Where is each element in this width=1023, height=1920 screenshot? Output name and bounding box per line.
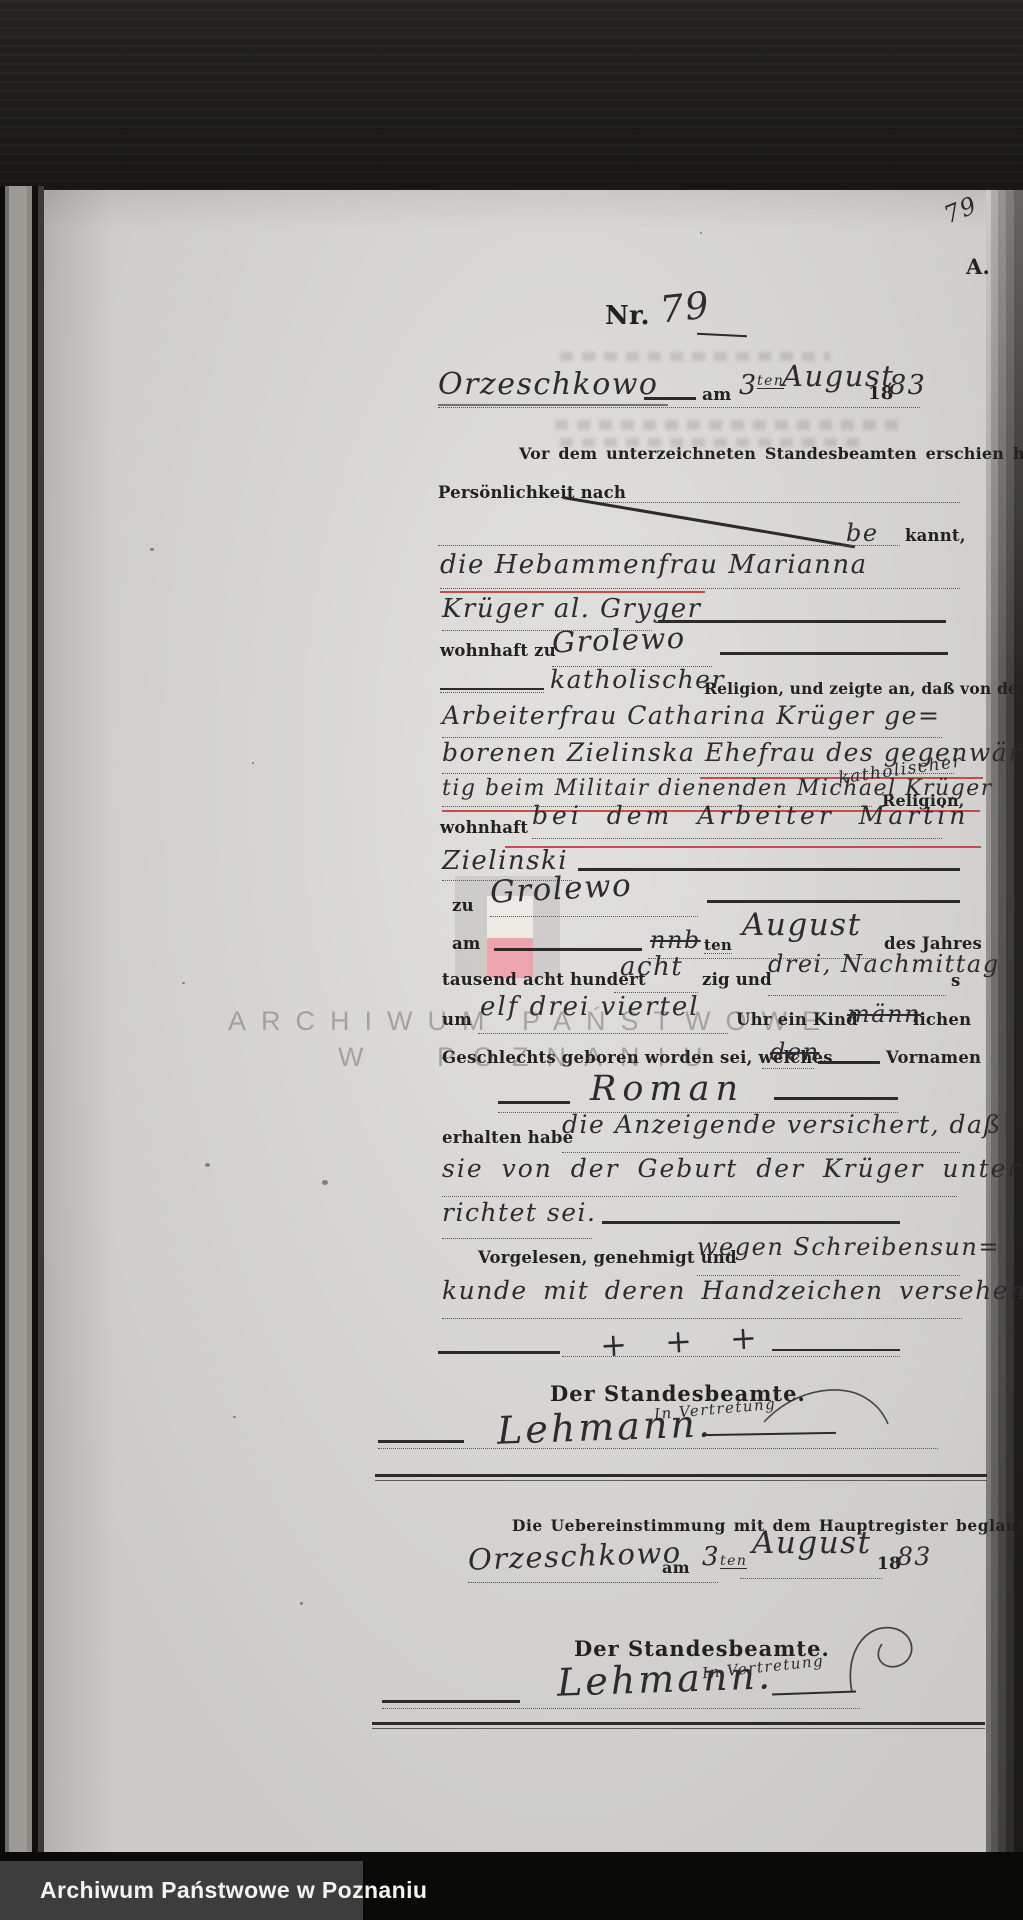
hand-be: be: [846, 521, 879, 545]
closing-line1: wegen Schreibensun=: [697, 1235, 1000, 1259]
baseline: [562, 1152, 960, 1153]
scanned-register-page: ARCHIWUM PAŃSTWOWE W POZNANIU 79 A. Nr. …: [0, 0, 1023, 1920]
birth-time: elf drei viertel: [480, 994, 700, 1020]
filler-line: [772, 1349, 900, 1351]
form-vornamen: Vornamen: [886, 1050, 981, 1067]
baseline: [768, 995, 946, 996]
mother-residence1: bei dem Arbeiter Martin: [532, 803, 969, 828]
filler-line: [818, 1061, 880, 1064]
filler-line: [658, 620, 946, 623]
baseline: [762, 1068, 814, 1069]
filler-line: [720, 652, 948, 655]
child-name: Roman: [590, 1072, 744, 1107]
certification-flourish: [838, 1618, 933, 1696]
birth-gender: männ: [847, 1002, 921, 1026]
baseline: [442, 1196, 957, 1197]
section-letter: A.: [966, 256, 990, 277]
bottom-rule: [372, 1722, 985, 1725]
birth-month: August: [742, 910, 862, 941]
baseline: [378, 1448, 938, 1449]
filler-line: [382, 1700, 520, 1703]
year-handwritten: 83: [889, 372, 926, 399]
paper-speck: [182, 982, 185, 984]
baseline: [740, 1578, 882, 1579]
closing-line2: kunde mit deren Handzeichen versehen: [442, 1278, 1023, 1303]
section-divider-thin: [375, 1480, 987, 1481]
record-day: 3: [739, 372, 758, 399]
paper-speck: [233, 1416, 236, 1418]
baseline: [468, 1582, 718, 1583]
blank-line: [592, 502, 960, 503]
mother-line1: Arbeiterfrau Catharina Krüger ge=: [442, 703, 940, 728]
baseline: [562, 1356, 900, 1357]
form-wohnhaft-zu: wohnhaft zu: [440, 643, 556, 660]
ink-bleed-ghost: [555, 420, 900, 430]
section-divider: [375, 1474, 987, 1477]
filler-line: [578, 868, 960, 871]
mother-residence2: Zielinski: [442, 848, 568, 874]
paper-speck: [872, 1242, 874, 1244]
baseline: [442, 1318, 962, 1319]
archive-footer-bar: Archiwum Państwowe w Poznaniu: [0, 1861, 363, 1920]
filler-line: [707, 900, 960, 903]
hand-den: den: [770, 1040, 820, 1064]
declaration-line2: sie von der Geburt der Krüger unter=: [442, 1156, 1023, 1181]
certification-year: 83: [897, 1544, 932, 1569]
birth-place: Grolewo: [489, 870, 633, 908]
record-place: Orzeschkowo: [438, 370, 659, 400]
archive-name-label: Archiwum Państwowe w Poznaniu: [40, 1877, 427, 1903]
form-zu: zu: [452, 898, 474, 915]
baseline: [440, 692, 544, 693]
signature-flourish: [762, 1382, 892, 1428]
certification-am: am: [662, 1560, 690, 1576]
informant-residence: Grolewo: [552, 624, 687, 658]
right-page-edges: [986, 190, 1023, 1852]
baseline: [478, 1033, 728, 1034]
form-lichen: lichen: [913, 1012, 971, 1029]
record-day-suffix: ten: [757, 374, 784, 389]
date-baseline: [438, 407, 920, 408]
record-number-value: 79: [658, 286, 712, 328]
form-ten: ten: [704, 938, 732, 954]
form-s-suffix: s: [951, 973, 961, 990]
paper-speck: [300, 1602, 303, 1605]
certification-month: August: [752, 1528, 872, 1559]
declaration-line1: die Anzeigende versichert, daß: [562, 1112, 1002, 1137]
form-am2: am: [452, 936, 481, 953]
registrar-signature: Lehmann.: [496, 1404, 713, 1450]
certification-place: Orzeschkowo: [468, 1538, 683, 1574]
left-page-edges: [0, 186, 44, 1852]
certification-day: 3: [702, 1544, 720, 1570]
declaration-line3: richtet sei.: [442, 1200, 596, 1225]
form-zig-und: zig und: [702, 972, 772, 989]
form-intro-line2: Persönlichkeit nach: [438, 485, 626, 502]
birth-year-word: drei, Nachmittag: [768, 952, 1000, 976]
form-religion-clause: Religion, und zeigte an, daß von der: [704, 681, 1023, 697]
informant-religion: katholischer: [550, 667, 725, 692]
certification-day-suffix: ten: [720, 1554, 747, 1569]
baseline: [440, 588, 960, 589]
date-baseline-solid: [438, 404, 668, 406]
paper-speck: [252, 762, 254, 764]
filler-line: [498, 1101, 570, 1104]
paper-speck: [322, 1180, 328, 1185]
baseline: [442, 1238, 592, 1239]
filler-line: [774, 1097, 898, 1100]
baseline: [490, 916, 698, 917]
form-um: um: [442, 1012, 472, 1029]
place-dash: [644, 397, 696, 400]
birth-day-scribble: nnb: [650, 928, 701, 952]
blank-line: [438, 545, 900, 546]
birth-decade: acht: [620, 954, 683, 980]
red-underline-informant: [440, 591, 705, 593]
am-label: am: [702, 387, 731, 404]
informant-line2: Krüger al. Gryger: [442, 596, 702, 622]
form-kannt: kannt,: [905, 528, 966, 545]
form-uhr-ein-kind: Uhr ein Kind: [736, 1012, 858, 1029]
red-underline-residence: [505, 846, 981, 848]
filler-line: [602, 1221, 900, 1224]
bottom-rule-thin: [372, 1728, 985, 1729]
form-erhalten-habe: erhalten habe: [442, 1130, 573, 1147]
record-number-label: Nr.: [605, 303, 650, 329]
filler-line: [440, 688, 544, 690]
informant-line1: die Hebammenfrau Marianna: [440, 552, 868, 578]
certification-signature: Lehmann.: [556, 1656, 773, 1702]
filler-line: [494, 948, 642, 951]
book-cover-band: [0, 0, 1023, 192]
paper-speck: [150, 548, 154, 551]
baseline: [382, 1708, 860, 1709]
baseline: [532, 838, 942, 839]
form-wohnhaft: wohnhaft: [440, 820, 528, 837]
paper-speck: [700, 232, 702, 234]
filler-line: [378, 1440, 464, 1443]
form-tausend: tausend acht hundert: [442, 972, 646, 989]
form-intro-line1: Vor dem unterzeichneten Standesbeamten e…: [519, 446, 1023, 462]
filler-line: [438, 1351, 560, 1354]
paper-speck: [205, 1163, 210, 1167]
